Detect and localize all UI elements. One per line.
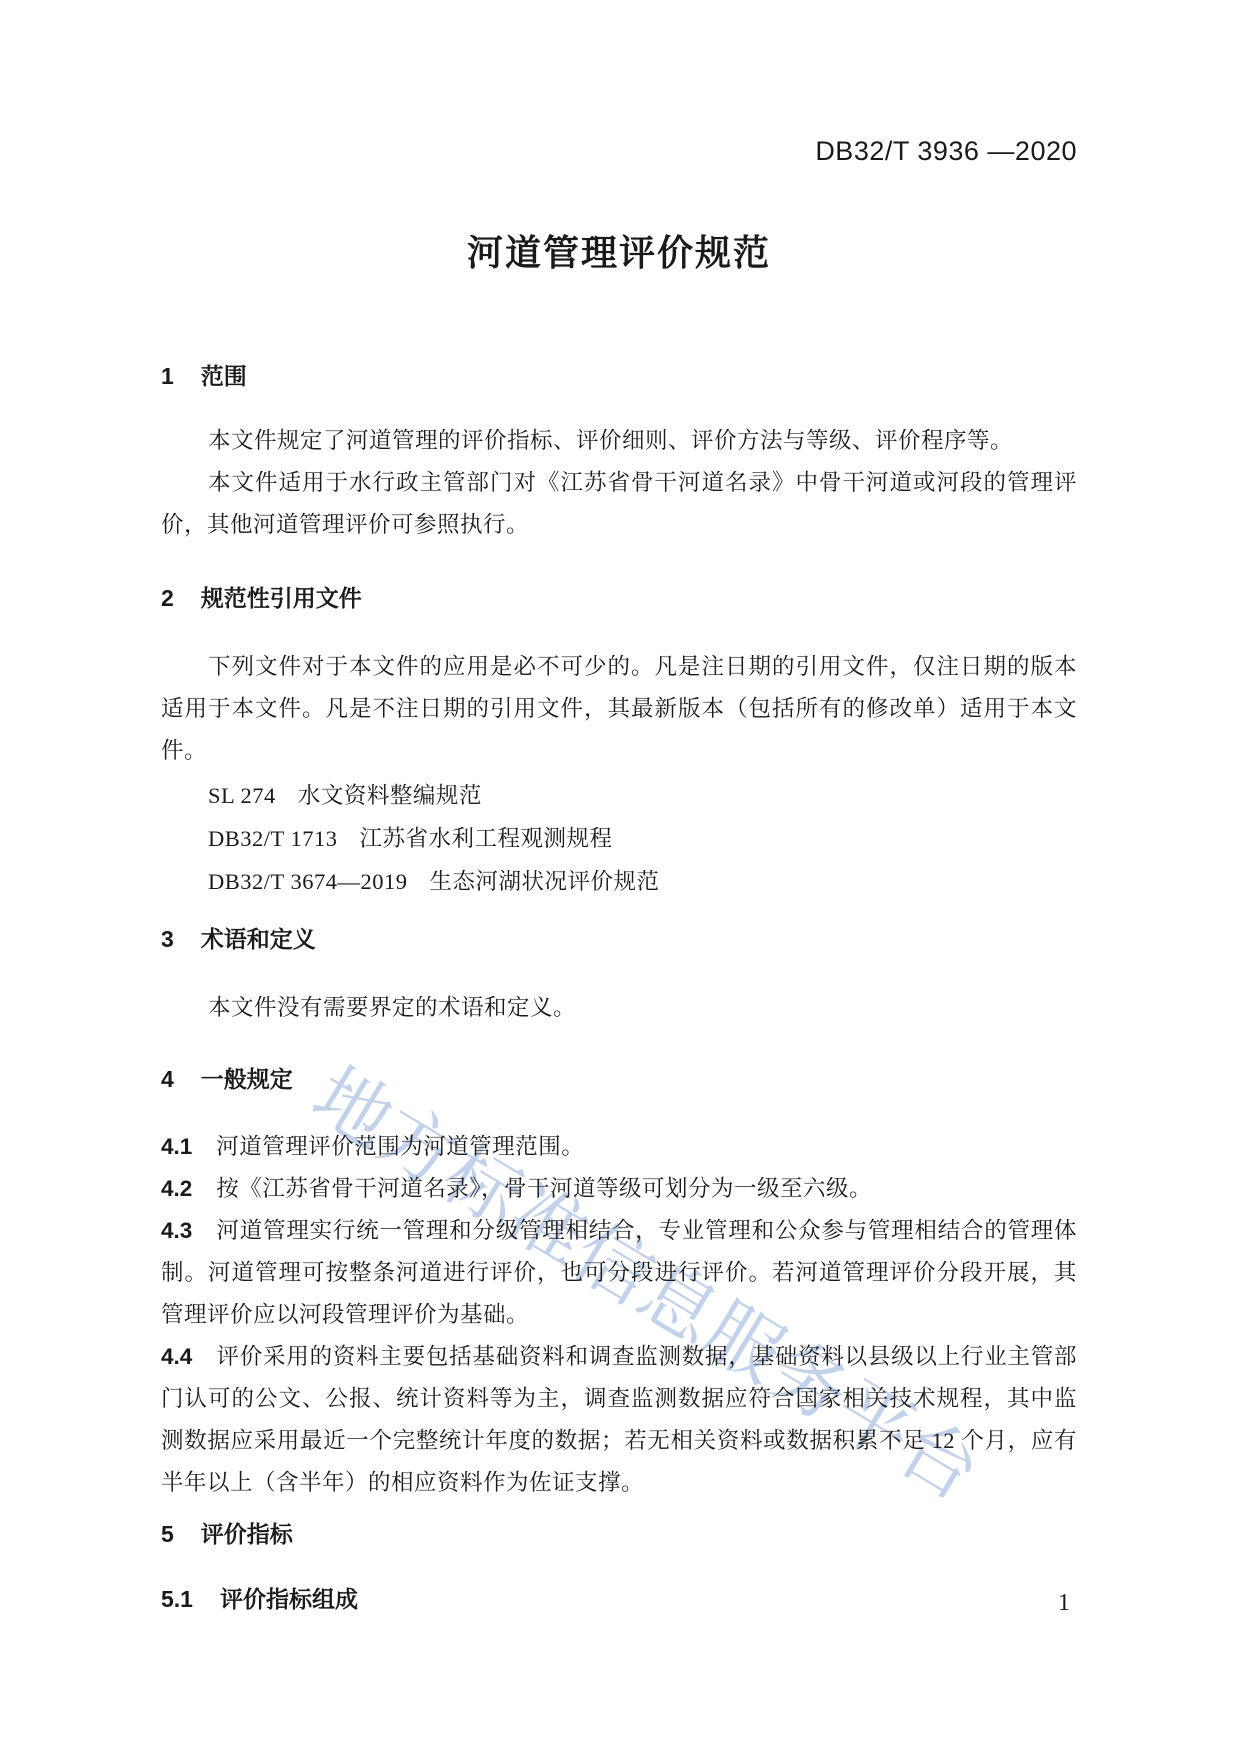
subsection-title: 评价指标组成 [220,1586,358,1612]
section-title: 评价指标 [201,1521,293,1547]
section-heading-scope: 1范围 [161,361,1077,391]
clause-4-3: 4.3河道管理实行统一管理和分级管理相结合，专业管理和公众参与管理相结合的管理体… [161,1210,1077,1336]
paragraph-normative-references: 下列文件对于本文件的应用是必不可少的。凡是注日期的引用文件，仅注日期的版本适用于… [161,646,1077,772]
clause-text: 河道管理评价范围为河道管理范围。 [216,1134,584,1159]
document-page: 地方标准信息服务平台 DB32/T 3936 —2020 河道管理评价规范 1范… [0,0,1241,1754]
page-title: 河道管理评价规范 [161,231,1077,275]
clause-4-4: 4.4评价采用的资料主要包括基础资料和调查监测数据，基础资料以县级以上行业主管部… [161,1336,1077,1504]
reference-item: SL 274水文资料整编规范 [161,774,1077,817]
reference-title: 江苏省水利工程观测规程 [359,826,612,851]
reference-title: 水文资料整编规范 [298,783,482,808]
clause-text: 按《江苏省骨干河道名录》，骨干河道等级可划分为一级至六级。 [216,1176,872,1201]
reference-item: DB32/T 3674—2019生态河湖状况评价规范 [161,860,1077,903]
clause-number: 4.3 [161,1218,192,1243]
clause-4-1: 4.1河道管理评价范围为河道管理范围。 [161,1126,1077,1168]
section-number: 5 [161,1519,174,1549]
clause-text: 评价采用的资料主要包括基础资料和调查监测数据，基础资料以县级以上行业主管部门认可… [161,1344,1077,1495]
clause-text: 河道管理实行统一管理和分级管理相结合，专业管理和公众参与管理相结合的管理体制。河… [161,1218,1077,1327]
section-number: 1 [161,361,174,391]
section-number: 4 [161,1064,174,1094]
reference-list: SL 274水文资料整编规范 DB32/T 1713江苏省水利工程观测规程 DB… [161,774,1077,903]
page-number: 1 [1058,1590,1070,1617]
section-title: 一般规定 [201,1066,293,1092]
paragraph-terms: 本文件没有需要界定的术语和定义。 [161,987,1077,1029]
clause-number: 4.2 [161,1176,192,1201]
reference-code: SL 274 [208,783,276,808]
section-number: 2 [161,583,174,613]
section-heading-terms: 3术语和定义 [161,924,1077,954]
paragraph-scope-1: 本文件规定了河道管理的评价指标、评价细则、评价方法与等级、评价程序等。 [161,420,1077,462]
page-content: DB32/T 3936 —2020 河道管理评价规范 1范围 本文件规定了河道管… [0,136,1241,1614]
doc-code-header: DB32/T 3936 —2020 [161,136,1077,166]
section-heading-normative-references: 2规范性引用文件 [161,583,1077,613]
section-heading-indicators: 5评价指标 [161,1519,1077,1549]
reference-item: DB32/T 1713江苏省水利工程观测规程 [161,817,1077,860]
clause-number: 4.4 [161,1344,192,1369]
section-title: 范围 [201,363,247,389]
subsection-heading-indicator-composition: 5.1评价指标组成 [161,1584,1077,1614]
reference-code: DB32/T 3674—2019 [208,869,407,894]
section-heading-general: 4一般规定 [161,1064,1077,1094]
clause-4-2: 4.2按《江苏省骨干河道名录》，骨干河道等级可划分为一级至六级。 [161,1168,1077,1210]
subsection-number: 5.1 [161,1584,193,1614]
reference-code: DB32/T 1713 [208,826,337,851]
section-title: 规范性引用文件 [201,585,362,611]
section-title: 术语和定义 [201,926,316,952]
reference-title: 生态河湖状况评价规范 [429,869,659,894]
clause-number: 4.1 [161,1134,192,1159]
section-number: 3 [161,924,174,954]
paragraph-scope-2: 本文件适用于水行政主管部门对《江苏省骨干河道名录》中骨干河道或河段的管理评价，其… [161,462,1077,546]
